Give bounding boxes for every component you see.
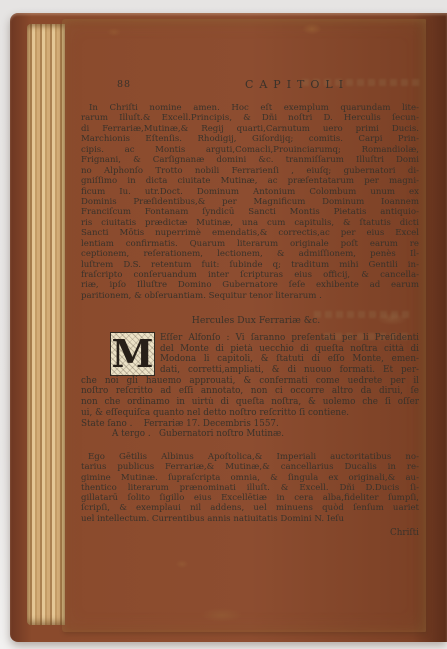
letter-address: A tergo . Gubernatori noſtro Mutinæ. <box>81 429 419 440</box>
catchword: Chriſti <box>81 528 437 538</box>
text-line: no Alphonſo Trotto nobili Ferrarienſi , … <box>81 166 419 176</box>
page-text: 88 CAPITOLI In Chriſti nomine amen. Hoc … <box>62 19 426 632</box>
text-line: ris ciuitatis prædictæ Mutinæ, una cum c… <box>81 218 419 228</box>
text-line: fraſcripto conſeruandum inter ſcripturas… <box>81 270 419 280</box>
page-number: 88 <box>117 79 131 90</box>
text-line: riæ, ipſo Illuſtre Domino Gubernatore ſe… <box>81 280 419 290</box>
text-line: che noi gli hauemo approuati, & conferma… <box>81 376 419 387</box>
ducal-letter-paragraph: M Eſſer Alfonſo : Vi ſaranno preſentati … <box>81 333 419 440</box>
text-line: Ego Gētilis Albinus Apoſtolica,& Imperia… <box>81 452 419 462</box>
letter-heading: Hercules Dux Ferrariæ &c. <box>81 315 425 326</box>
text-line: Eſſer Alfonſo : Vi ſaranno preſentati pe… <box>160 333 419 344</box>
text-line: dati, corretti,ampliati, & di nuouo form… <box>160 365 419 376</box>
letter-body-beside-initial: Eſſer Alfonſo : Vi ſaranno preſentati pe… <box>160 333 419 376</box>
text-line: Dominis Præſidentibus,& per Magnificum D… <box>81 197 419 207</box>
text-line: gillatarū ſolito ſigillo eius Excellētiæ… <box>81 493 419 503</box>
book-page: 88 CAPITOLI In Chriſti nomine amen. Hoc … <box>62 19 426 632</box>
text-line: ceptionem, reſerationem, lectionem, & ad… <box>81 249 419 259</box>
text-line: lentiam confirmatis. Quarum literarum or… <box>81 239 419 249</box>
letter-body-full-width: che noi gli hauemo approuati, & conferma… <box>81 376 419 419</box>
text-line: paritionem, & obſeruantiam. Sequitur ten… <box>81 291 419 301</box>
text-line: ficum Iu. utr.Doct. Dominum Antonium Col… <box>81 187 419 197</box>
text-line: cipis. ac Montis arguti,Comacli,Prouinci… <box>81 145 419 155</box>
text-line: gniſſimo in dicta ciuitate Mutinæ, ac pr… <box>81 176 419 186</box>
text-line: non che ordinamo in uirtù di queſta noſt… <box>81 397 419 408</box>
letter-dateline: State ſano . Ferrariæ 17. Decembris 1557… <box>81 419 419 430</box>
text-line: In Chriſti nomine amen. Hoc eſt exemplum… <box>81 103 419 113</box>
text-line: Franciſcum Fontanam ſyndicū Sancti Monti… <box>81 207 419 217</box>
text-line: Frignani, & Carſignanæ domini &c. tranmi… <box>81 155 419 165</box>
text-line: noſtro reſcritto ad eſſi annotato, non c… <box>81 386 419 397</box>
text-line: rarum Illuſt.& Excell.Principis, & Dñi n… <box>81 113 419 123</box>
text-line: ſcripſi, & exemplaui nil addens, uel min… <box>81 503 419 513</box>
book-photo: 88 CAPITOLI In Chriſti nomine amen. Hoc … <box>0 0 447 649</box>
text-line: tarius publicus Ferrariæ,& Mutinæ,& canc… <box>81 462 419 472</box>
text-line: del Monte di pietà uecchio di queſta noſ… <box>160 344 419 355</box>
latin-preamble-paragraph: In Chriſti nomine amen. Hoc eſt exemplum… <box>81 103 419 301</box>
running-title: CAPITOLI <box>212 78 382 91</box>
text-line: Modona li capitoli, & ſtatuti di eſſo Mo… <box>160 354 419 365</box>
notary-attestation-paragraph: Ego Gētilis Albinus Apoſtolica,& Imperia… <box>81 452 419 524</box>
text-line: luſtrem D.S. retentum fuit: ſubinde q; t… <box>81 260 419 270</box>
drop-cap-initial: M <box>110 332 155 376</box>
page-fore-edges <box>27 24 65 625</box>
text-line: thentico literarum prænominati illuſt. &… <box>81 483 419 493</box>
text-line: di Ferrariæ,Mutinæ,& Regij quarti,Carnut… <box>81 124 419 134</box>
text-line: gimine Mutinæ. ſupraſcripta omnia, & ſin… <box>81 473 419 483</box>
text-line: uel intellectum. Currentibus annis natiu… <box>81 514 419 524</box>
text-line: ui, & eſſequiſca quanto nel detto noſtro… <box>81 408 419 419</box>
text-line: Sancti Mōtis nuperrimè emendatis,& corre… <box>81 228 419 238</box>
text-line: Marchionis Eſtenſis. Rhodigij, Giſordijq… <box>81 134 419 144</box>
